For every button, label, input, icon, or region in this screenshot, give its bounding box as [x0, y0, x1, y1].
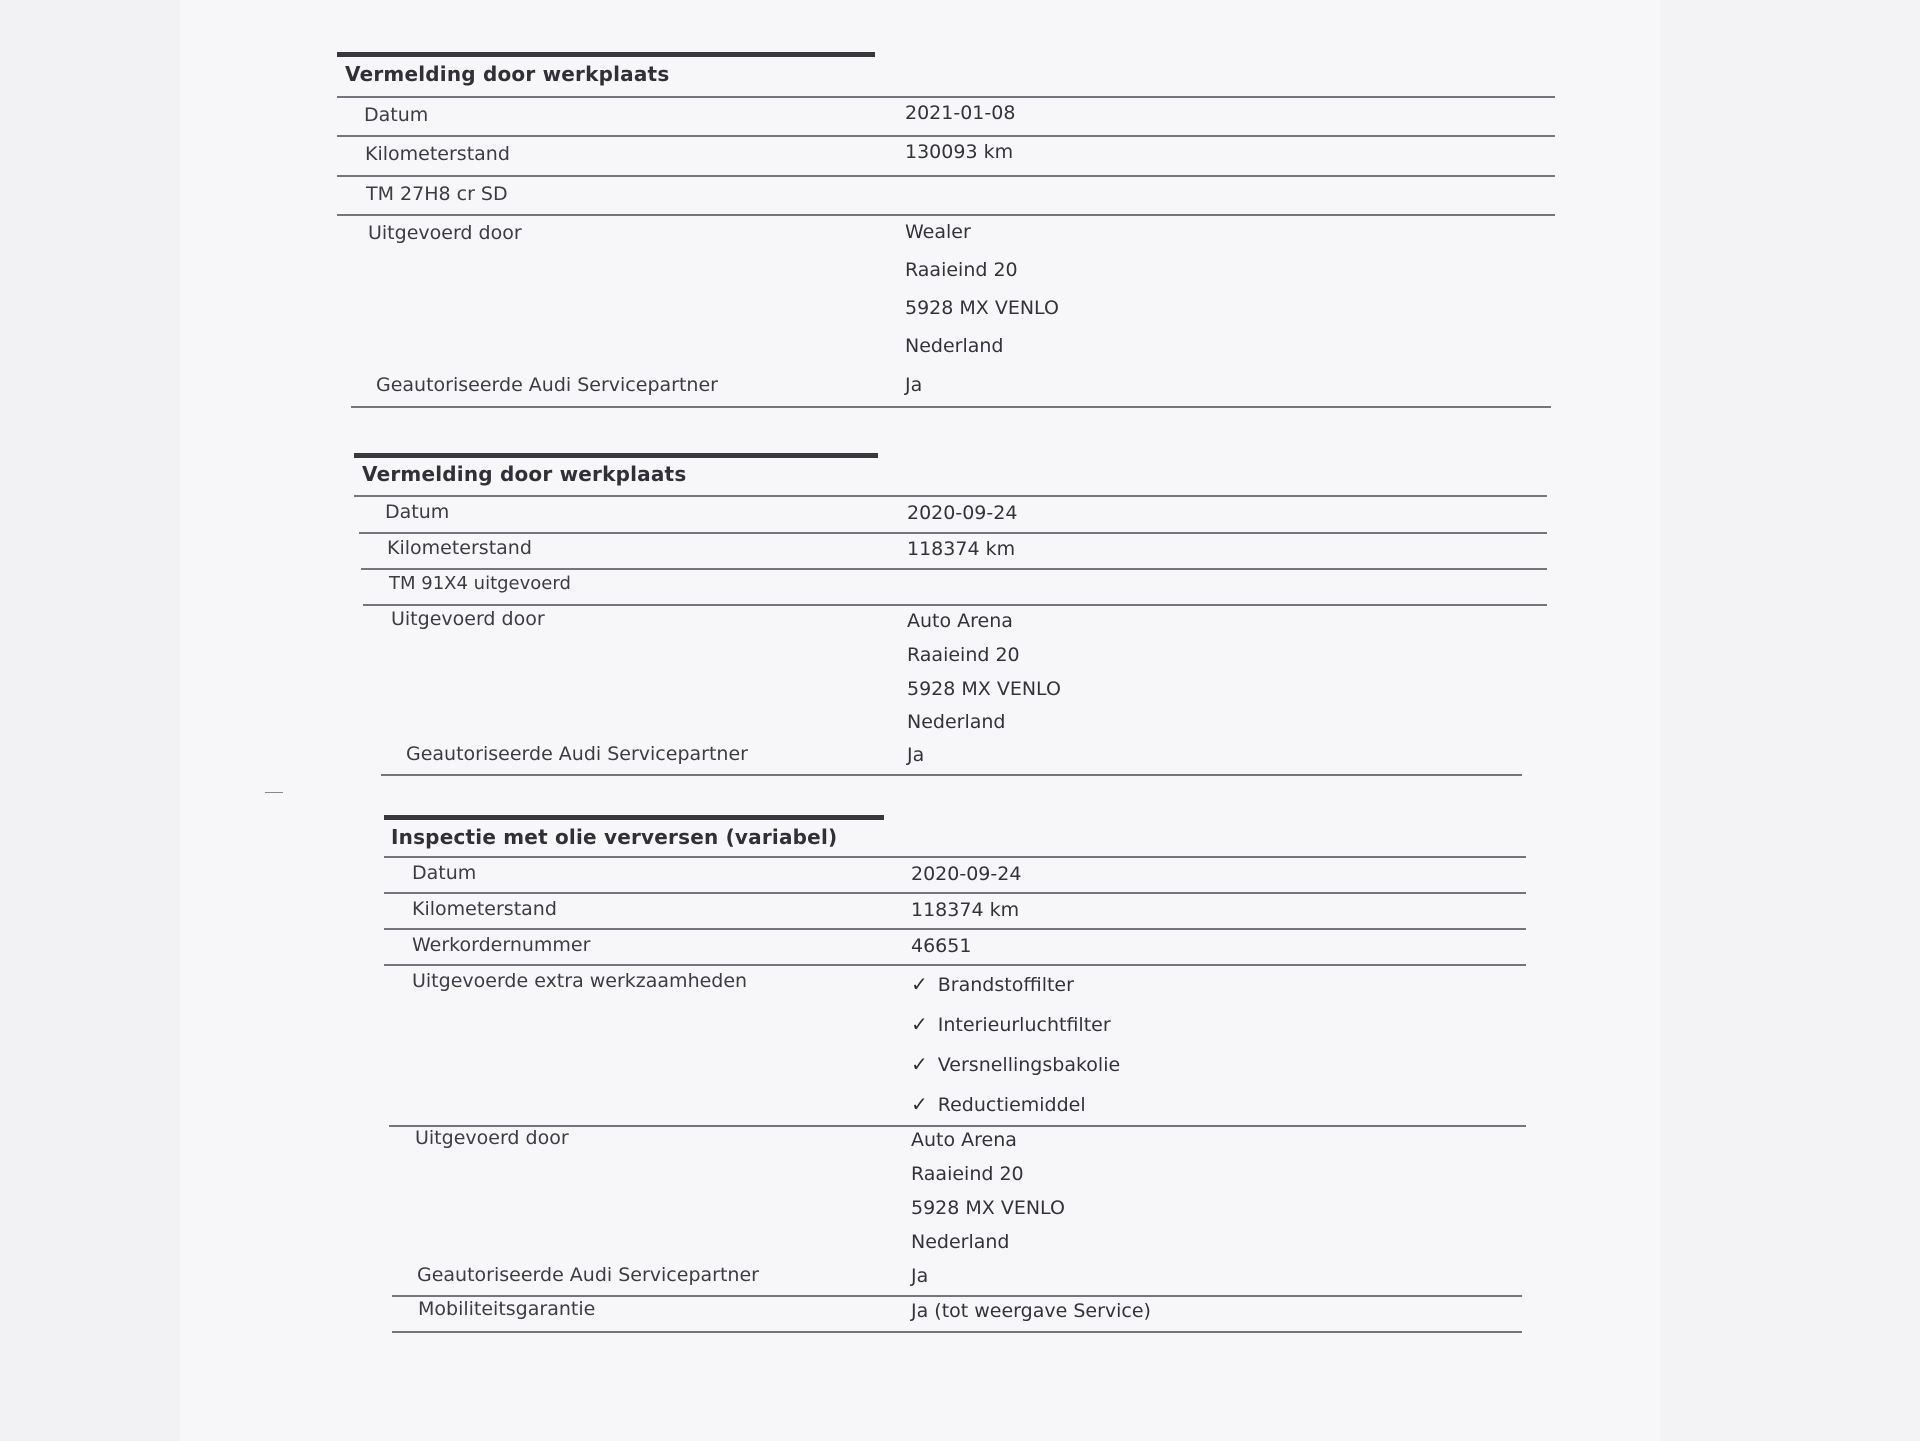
checkmark-icon: ✓ [911, 1052, 928, 1076]
value-workshop-street: Raaieind 20 [911, 1163, 1024, 1185]
background-right [1660, 0, 1920, 1441]
value-werkordernummer: 46651 [911, 935, 971, 957]
section-title: Inspectie met olie verversen (variabel) [391, 825, 837, 849]
label-kilometerstand: Kilometerstand [365, 143, 510, 165]
label-tm-code: TM 27H8 cr SD [366, 183, 508, 205]
value-kilometerstand: 130093 km [905, 141, 1013, 163]
value-workshop-name: Wealer [905, 221, 971, 243]
value-workshop-country: Nederland [911, 1231, 1010, 1253]
checked-item-versnellingsbakolie: ✓Versnellingsbakolie [911, 1052, 1120, 1076]
checked-item-brandstoffilter: ✓Brandstoffilter [911, 972, 1074, 996]
value-workshop-city: 5928 MX VENLO [905, 297, 1059, 319]
label-authorized-partner: Geautoriseerde Audi Servicepartner [406, 743, 748, 765]
value-workshop-country: Nederland [907, 711, 1006, 733]
value-authorized-partner: Ja [907, 744, 924, 766]
label-kilometerstand: Kilometerstand [412, 898, 557, 920]
item-label: Interieurluchtfilter [938, 1014, 1111, 1036]
label-uitgevoerd-door: Uitgevoerd door [415, 1127, 569, 1149]
section-title: Vermelding door werkplaats [345, 62, 669, 86]
checked-item-interieurluchtfilter: ✓Interieurluchtfilter [911, 1012, 1111, 1036]
value-workshop-city: 5928 MX VENLO [907, 678, 1061, 700]
label-datum: Datum [385, 501, 449, 523]
label-extra-work: Uitgevoerde extra werkzaamheden [412, 970, 747, 992]
label-werkordernummer: Werkordernummer [412, 934, 590, 956]
label-authorized-partner: Geautoriseerde Audi Servicepartner [417, 1264, 759, 1286]
item-label: Brandstoffilter [938, 974, 1074, 996]
value-datum: 2020-09-24 [911, 863, 1021, 885]
value-datum: 2021-01-08 [905, 102, 1015, 124]
label-mobiliteitsgarantie: Mobiliteitsgarantie [418, 1298, 595, 1320]
checked-item-reductiemiddel: ✓Reductiemiddel [911, 1092, 1086, 1116]
label-datum: Datum [364, 104, 428, 126]
label-tm-code: TM 91X4 uitgevoerd [389, 573, 571, 594]
item-label: Reductiemiddel [938, 1094, 1086, 1116]
section-divider-bar [354, 453, 878, 458]
label-authorized-partner: Geautoriseerde Audi Servicepartner [376, 374, 718, 396]
checkmark-icon: ✓ [911, 1012, 928, 1036]
label-datum: Datum [412, 862, 476, 884]
value-mobiliteitsgarantie: Ja (tot weergave Service) [911, 1300, 1151, 1322]
value-datum: 2020-09-24 [907, 502, 1017, 524]
item-label: Versnellingsbakolie [938, 1054, 1120, 1076]
value-authorized-partner: Ja [911, 1265, 928, 1287]
section-divider-bar [337, 52, 875, 57]
value-workshop-name: Auto Arena [911, 1129, 1017, 1151]
section-title: Vermelding door werkplaats [362, 462, 686, 486]
checkmark-icon: ✓ [911, 972, 928, 996]
checkmark-icon: ✓ [911, 1092, 928, 1116]
section-divider-bar [384, 815, 884, 820]
value-kilometerstand: 118374 km [911, 899, 1019, 921]
value-workshop-name: Auto Arena [907, 610, 1013, 632]
label-uitgevoerd-door: Uitgevoerd door [391, 608, 545, 630]
background-left [0, 0, 180, 1441]
fold-mark [265, 792, 283, 793]
value-workshop-city: 5928 MX VENLO [911, 1197, 1065, 1219]
value-kilometerstand: 118374 km [907, 538, 1015, 560]
value-workshop-street: Raaieind 20 [907, 644, 1020, 666]
value-workshop-country: Nederland [905, 335, 1004, 357]
value-workshop-street: Raaieind 20 [905, 259, 1018, 281]
value-authorized-partner: Ja [905, 374, 922, 396]
label-kilometerstand: Kilometerstand [387, 537, 532, 559]
label-uitgevoerd-door: Uitgevoerd door [368, 222, 522, 244]
